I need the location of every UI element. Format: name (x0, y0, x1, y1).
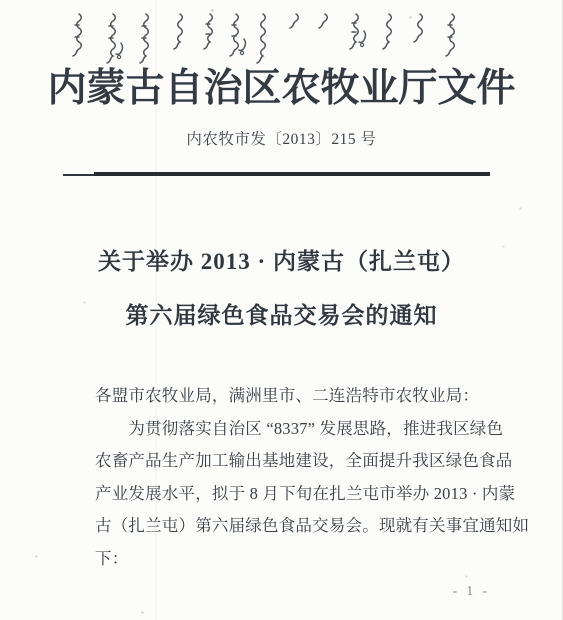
mongolian-script-column (382, 13, 404, 57)
mongolian-script-column (203, 13, 225, 57)
body-line: 农畜产品生产加工输出基地建设，全面提升我区绿色食品 (95, 445, 515, 478)
mongolian-script-column (413, 13, 435, 47)
mongolian-script-column (106, 13, 128, 65)
scan-streak-artifact (155, 0, 157, 620)
separator-rule-tail (63, 174, 97, 176)
page-number: - 1 - (453, 583, 491, 599)
mongolian-script-column (445, 13, 467, 63)
mongolian-script-column (289, 13, 311, 30)
notice-title-line2: 第六届绿色食品交易会的通知 (0, 297, 563, 330)
issuing-org-title: 内蒙古自治区农牧业厅文件 (0, 66, 563, 112)
mongolian-script-column (318, 13, 340, 36)
notice-body: 各盟市农牧业局，满洲里市、二连浩特市农牧业局： 为贯彻落实自治区 “8337” … (95, 380, 515, 575)
mongolian-script-column (173, 13, 195, 53)
scan-noise-specks (0, 0, 1, 1)
body-line: 各盟市农牧业局，满洲里市、二连浩特市农牧业局： (95, 380, 515, 413)
mongolian-script-column (349, 13, 371, 53)
mongolian-script-column (229, 13, 251, 61)
body-line: 为贯彻落实自治区 “8337” 发展思路，推进我区绿色 (95, 413, 515, 446)
notice-title-line1: 关于举办 2013 · 内蒙古（扎兰屯） (0, 243, 563, 276)
separator-rule (94, 172, 490, 176)
mongolian-script-column (139, 13, 161, 65)
document-reference-number: 内农牧市发〔2013〕215 号 (0, 127, 563, 149)
scanned-document-page: 内蒙古自治区农牧业厅文件 内农牧市发〔2013〕215 号 关于举办 2013 … (0, 0, 563, 620)
mongolian-script-column (72, 13, 94, 63)
body-line: 下： (95, 543, 515, 576)
body-line: 产业发展水平，拟于 8 月下旬在扎兰屯市举办 2013 · 内蒙 (95, 478, 515, 511)
mongolian-script-column (256, 13, 278, 65)
mongolian-script-header (0, 13, 563, 65)
body-line: 古（扎兰屯）第六届绿色食品交易会。现就有关事宜通知如 (95, 510, 515, 543)
